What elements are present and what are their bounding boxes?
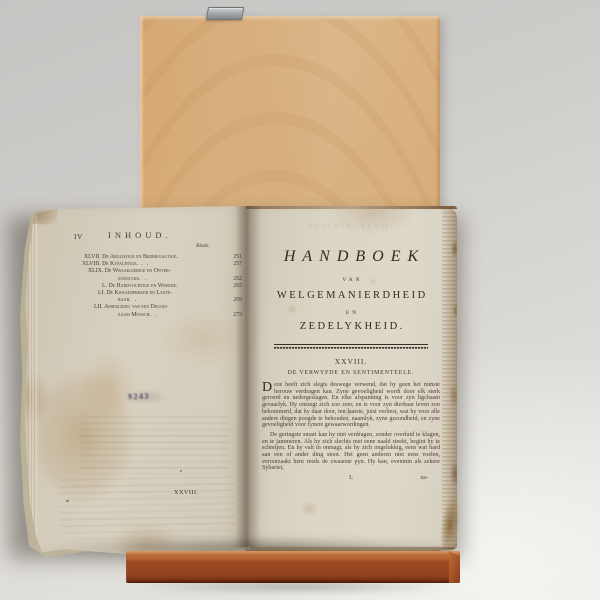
toc-row: raar. .269 (74, 297, 242, 304)
toc-row: zoenlyke. .262 (74, 276, 242, 283)
toc-row: XLVIII. De Kyfachtige. . .257 (74, 261, 242, 268)
left-page-text: IV INHOUD. Bladz. XLVII. De Arglistige e… (24, 206, 248, 554)
book-title-line: WELGEMANIERDHEID (262, 290, 440, 301)
book-title-line: VAN (262, 277, 440, 283)
left-catchword: XXVIII. (174, 489, 199, 496)
metal-clip (206, 7, 244, 20)
right-catchword: za- (420, 475, 428, 482)
book-gutter-shadow (235, 206, 261, 547)
toc-row: LI. De Kwaadspreker en Laste- (74, 290, 242, 297)
folio-number: IV (74, 232, 83, 241)
photo-scene: IV INHOUD. Bladz. XLVII. De Arglistige e… (0, 0, 600, 600)
paragraph: Deze heeft zich slegts deswege verwend, … (262, 382, 440, 429)
book-title-line: EN (262, 310, 440, 316)
chapter-number: XXVIII. (262, 357, 440, 366)
ink-speck (66, 500, 69, 502)
rail-shadow (132, 581, 462, 592)
toc-row: LII. Afbeelding van een Deugd- (74, 304, 242, 311)
ornamental-rule (274, 344, 427, 349)
book-title-line: HANDBOEK (262, 248, 440, 266)
right-page: HOOFDST. XXVII. HANDBOEK VAN WELGEMANIER… (246, 206, 457, 550)
left-page: IV INHOUD. Bladz. XLVII. De Arglistige e… (24, 206, 248, 554)
page-column-label: Bladz. (196, 243, 210, 249)
chapter-title: DE VERWYFDE EN SENTIMENTEELE. (262, 370, 440, 376)
bookstand-rail (126, 551, 460, 583)
signature-mark: L (349, 474, 353, 481)
page-top-rim (246, 206, 457, 209)
inventory-stamp: 9243 (128, 392, 150, 402)
ink-speck (180, 470, 182, 472)
table-of-contents: XLVII. De Arglistige en Bedriegagtige.25… (74, 254, 242, 319)
toc-row: zaam Mensch. .273 (74, 312, 242, 319)
toc-row: XLIX. De Wraakgierige en Onver- (74, 268, 242, 275)
toc-row: L. De Hardvochtige en Wreede.265 (74, 283, 242, 290)
toc-row: XLVII. De Arglistige en Bedriegagtige.25… (74, 254, 242, 261)
body-text: Deze heeft zich slegts deswege verwend, … (262, 382, 440, 483)
book-title-line: ZEDELYKHEID. (262, 321, 440, 332)
paragraph: De geringste smart kan hy niet verdragen… (262, 432, 440, 472)
showthrough-header: HOOFDST. XXVII. (262, 224, 440, 230)
rail-end-grain (449, 551, 460, 583)
contents-heading: INHOUD. (108, 230, 172, 240)
signature-row: L za- (262, 475, 440, 483)
